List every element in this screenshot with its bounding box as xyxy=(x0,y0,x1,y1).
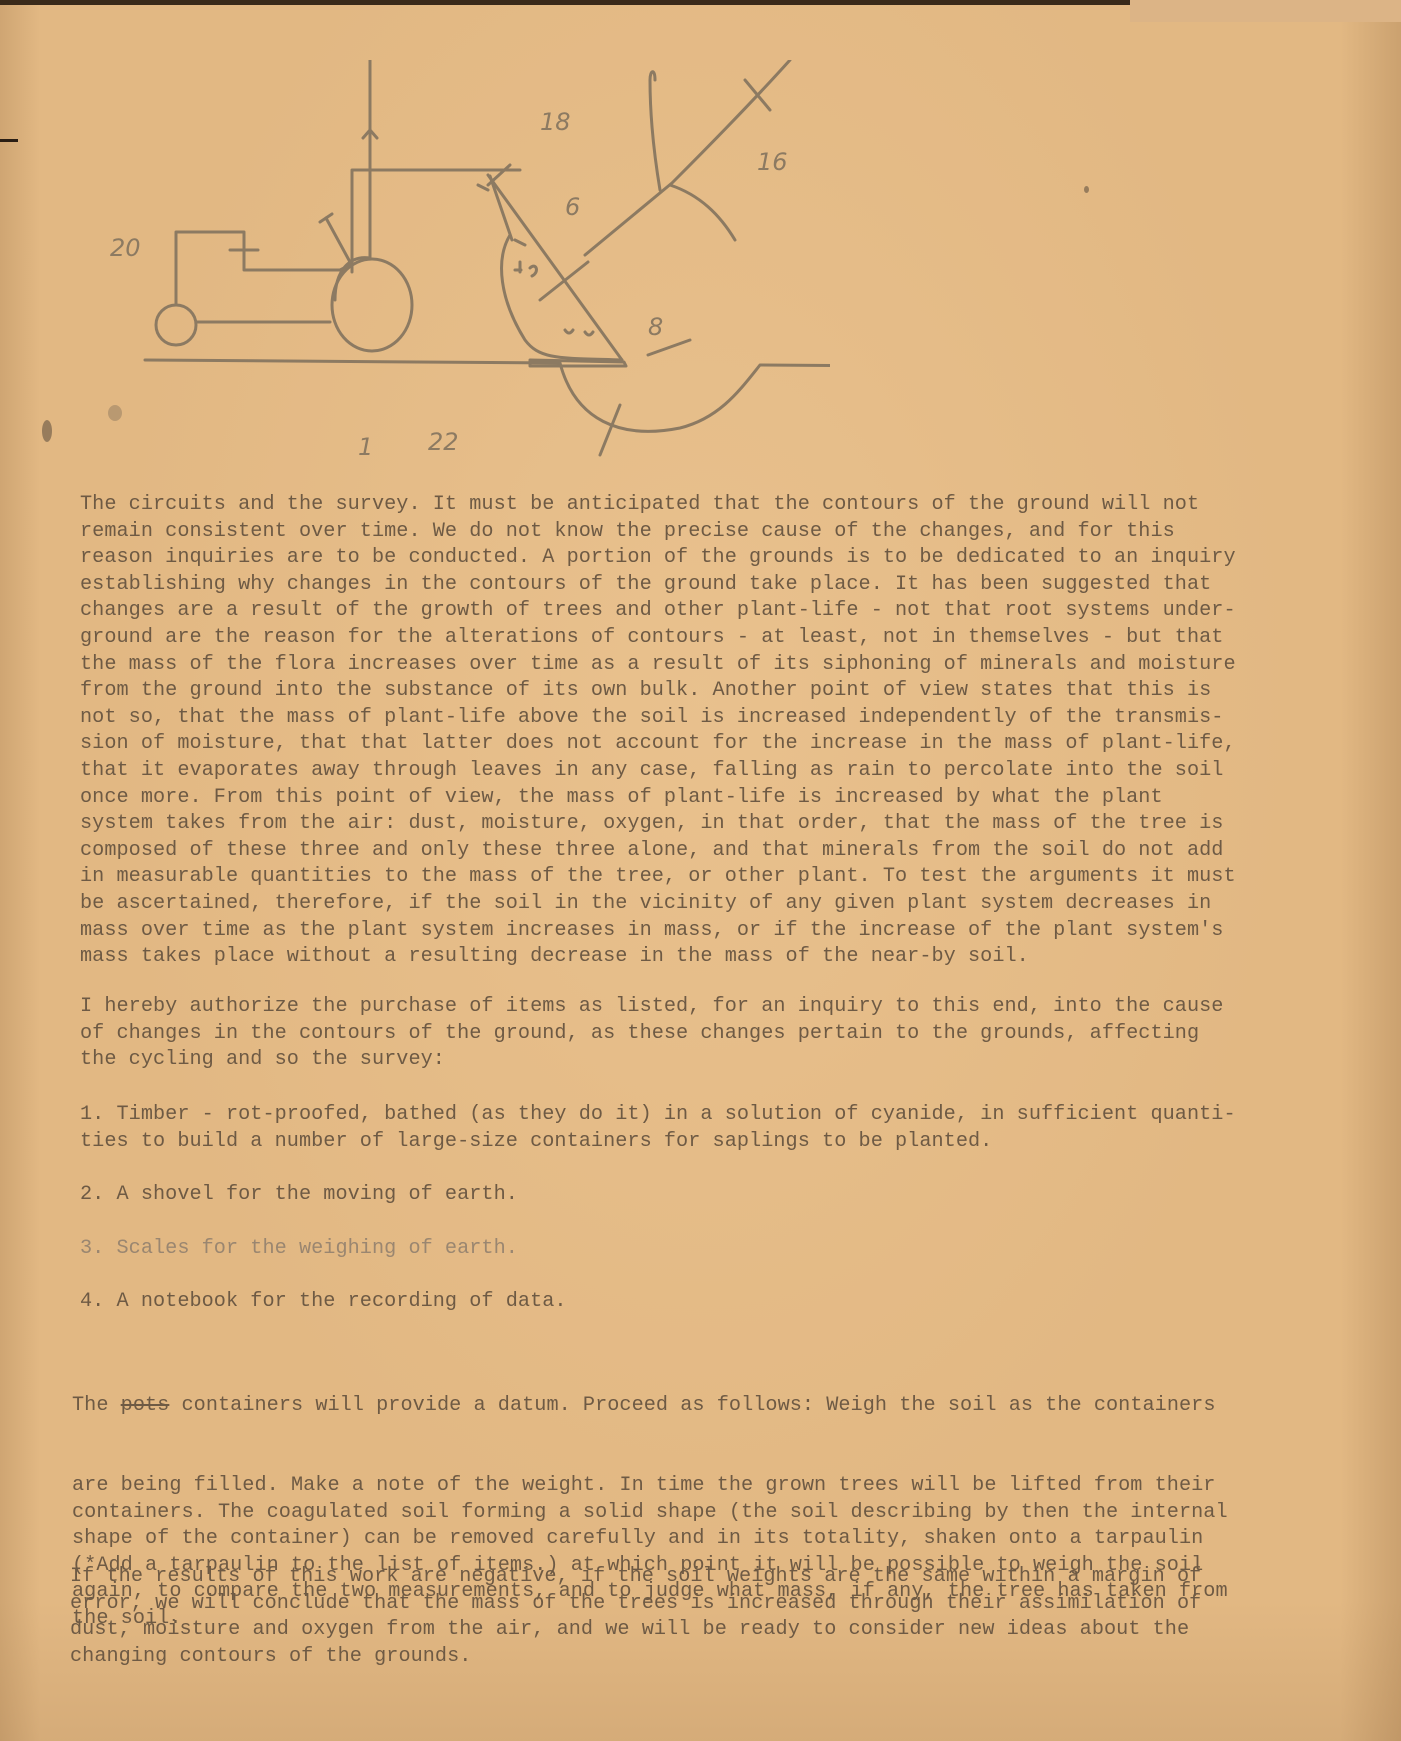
text-line: of changes in the contours of the ground… xyxy=(80,1021,1223,1048)
text-line: remain consistent over time. We do not k… xyxy=(80,519,1236,546)
text-line: composed of these three and only these t… xyxy=(80,838,1236,865)
ink-blot xyxy=(1084,186,1089,193)
procedure-first-line: The pots containers will provide a datum… xyxy=(72,1393,1228,1420)
text-line: the mass of the flora increases over tim… xyxy=(80,652,1236,679)
text-line: the cycling and so the survey: xyxy=(80,1047,1223,1074)
list-item-line: 3. Scales for the weighing of earth. xyxy=(80,1236,518,1263)
scan-top-edge-right xyxy=(1130,0,1401,22)
trench-curve xyxy=(560,363,830,431)
ink-blot xyxy=(42,420,52,442)
scan-left-mark xyxy=(0,139,18,142)
text-line: changes are a result of the growth of tr… xyxy=(80,598,1236,625)
label-18: 18 xyxy=(540,108,571,136)
scan-top-edge xyxy=(0,0,1130,5)
text-line: system takes from the air: dust, moistur… xyxy=(80,811,1236,838)
list-item-timber: 1. Timber - rot-proofed, bathed (as they… xyxy=(80,1102,1236,1155)
text-line: be ascertained, therefore, if the soil i… xyxy=(80,891,1236,918)
list-item-line: 4. A notebook for the recording of data. xyxy=(80,1289,567,1316)
ground-line xyxy=(145,360,560,363)
text-line: in measurable quantities to the mass of … xyxy=(80,864,1236,891)
list-item-line: 2. A shovel for the moving of earth. xyxy=(80,1182,518,1209)
struck-word: pots xyxy=(121,1394,170,1417)
small-wheel xyxy=(156,305,196,345)
machine-sketch: 20 18 6 16 8 22 1 xyxy=(110,60,830,480)
label-6: 6 xyxy=(565,193,580,221)
text-line: shape of the container) can be removed c… xyxy=(72,1526,1228,1553)
text-line: once more. From this point of view, the … xyxy=(80,785,1236,812)
text-line: establishing why changes in the contours… xyxy=(80,572,1236,599)
text-line: mass takes place without a resulting dec… xyxy=(80,944,1236,971)
label-22: 22 xyxy=(428,428,459,456)
procedure-suffix: containers will provide a datum. Proceed… xyxy=(169,1394,1215,1417)
text-line: from the ground into the substance of it… xyxy=(80,678,1236,705)
list-item-line: ties to build a number of large-size con… xyxy=(80,1129,1236,1156)
text-line: I hereby authorize the purchase of items… xyxy=(80,994,1223,1021)
paragraph-authorization: I hereby authorize the purchase of items… xyxy=(80,994,1223,1074)
text-line: reason inquiries are to be conducted. A … xyxy=(80,545,1236,572)
paragraph-circuits-survey: The circuits and the survey. It must be … xyxy=(80,492,1236,971)
list-item-shovel: 2. A shovel for the moving of earth. xyxy=(80,1182,518,1209)
label-20: 20 xyxy=(110,234,141,262)
text-line: ground are the reason for the alteration… xyxy=(80,625,1236,652)
procedure-prefix: The xyxy=(72,1394,121,1417)
text-line: dust, moisture and oxygen from the air, … xyxy=(70,1617,1201,1644)
text-line: changing contours of the grounds. xyxy=(70,1644,1201,1671)
text-line: If the results of this work are negative… xyxy=(70,1564,1201,1591)
list-item-notebook: 4. A notebook for the recording of data. xyxy=(80,1289,567,1316)
text-line: not so, that the mass of plant-life abov… xyxy=(80,705,1236,732)
patent-drawing: 20 18 6 16 8 22 1 xyxy=(110,60,830,480)
label-8: 8 xyxy=(648,313,663,341)
label-1: 1 xyxy=(358,433,373,461)
text-line: The circuits and the survey. It must be … xyxy=(80,492,1236,519)
text-line: containers. The coagulated soil forming … xyxy=(72,1500,1228,1527)
typed-document: The circuits and the survey. It must be … xyxy=(80,492,1360,731)
label-16: 16 xyxy=(757,148,788,176)
text-line: error, we will conclude that the mass of… xyxy=(70,1591,1201,1618)
list-item-scales: 3. Scales for the weighing of earth. xyxy=(80,1236,518,1263)
text-line: that it evaporates away through leaves i… xyxy=(80,758,1236,785)
text-line: are being filled. Make a note of the wei… xyxy=(72,1473,1228,1500)
large-wheel xyxy=(332,259,412,351)
paragraph-conclusion: If the results of this work are negative… xyxy=(70,1564,1201,1670)
text-line: sion of moisture, that that latter does … xyxy=(80,731,1236,758)
text-line: mass over time as the plant system incre… xyxy=(80,918,1236,945)
list-item-line: 1. Timber - rot-proofed, bathed (as they… xyxy=(80,1102,1236,1129)
